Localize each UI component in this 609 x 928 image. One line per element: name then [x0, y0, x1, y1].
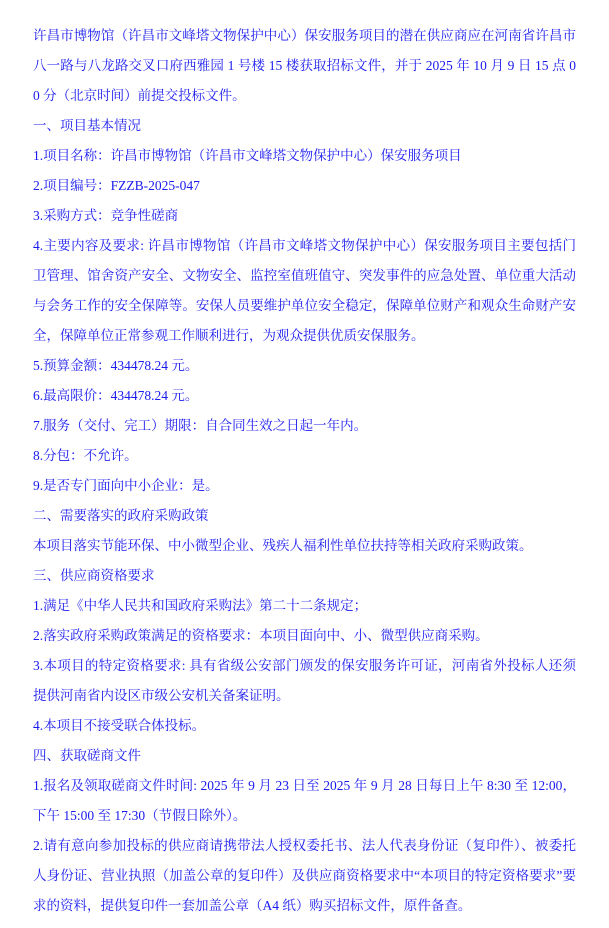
item-sme-only: 9.是否专门面向中小企业：是。: [33, 471, 576, 501]
item-subcontract: 8.分包：不允许。: [33, 441, 576, 471]
item-service-period: 7.服务（交付、完工）期限：自合同生效之日起一年内。: [33, 411, 576, 441]
qualification-1: 1.满足《中华人民共和国政府采购法》第二十二条规定；: [33, 591, 576, 621]
obtain-time: 1.报名及领取磋商文件时间: 2025 年 9 月 23 日至 2025 年 9…: [33, 771, 576, 831]
item-project-number: 2.项目编号：FZZB-2025-047: [33, 171, 576, 201]
section-4-heading: 四、获取磋商文件: [33, 741, 576, 771]
qualification-3: 3.本项目的特定资格要求: 具有省级公安部门颁发的保安服务许可证，河南省外投标人…: [33, 651, 576, 711]
section-1-heading: 一、项目基本情况: [33, 111, 576, 141]
item-procurement-method: 3.采购方式：竞争性磋商: [33, 201, 576, 231]
obtain-requirements: 2.请有意向参加投标的供应商请携带法人授权委托书、法人代表身份证（复印件）、被委…: [33, 831, 576, 921]
item-max-price: 6.最高限价：434478.24 元。: [33, 381, 576, 411]
section-3-heading: 三、供应商资格要求: [33, 561, 576, 591]
qualification-2: 2.落实政府采购政策满足的资格要求：本项目面向中、小、微型供应商采购。: [33, 621, 576, 651]
qualification-4: 4.本项目不接受联合体投标。: [33, 711, 576, 741]
item-budget-amount: 5.预算金额：434478.24 元。: [33, 351, 576, 381]
section-2-heading: 二、需要落实的政府采购政策: [33, 501, 576, 531]
intro-paragraph: 许昌市博物馆（许昌市文峰塔文物保护中心）保安服务项目的潜在供应商应在河南省许昌市…: [33, 21, 576, 111]
policy-statement: 本项目落实节能环保、中小微型企业、残疾人福利性单位扶持等相关政府采购政策。: [33, 531, 576, 561]
procurement-notice-document: 许昌市博物馆（许昌市文峰塔文物保护中心）保安服务项目的潜在供应商应在河南省许昌市…: [0, 0, 609, 928]
item-main-content: 4.主要内容及要求: 许昌市博物馆（许昌市文峰塔文物保护中心）保安服务项目主要包…: [33, 231, 576, 351]
item-project-name: 1.项目名称：许昌市博物馆（许昌市文峰塔文物保护中心）保安服务项目: [33, 141, 576, 171]
